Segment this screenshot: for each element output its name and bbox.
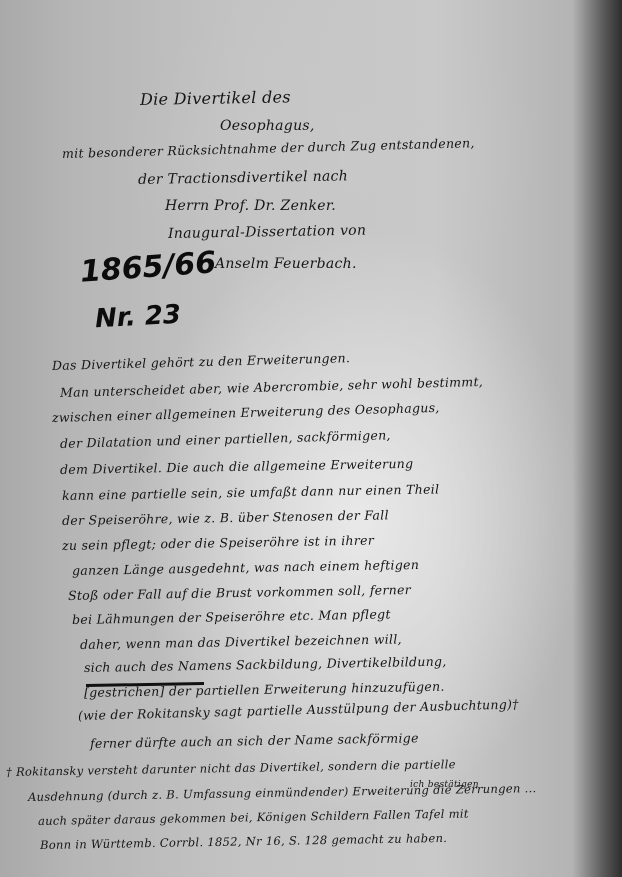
body-line-4: der Dilatation und einer partiellen, sac… xyxy=(60,427,391,451)
body-line-15: (wie der Rokitansky sagt partielle Ausst… xyxy=(78,696,519,723)
archive-year-mark: 1865/66 xyxy=(79,245,217,289)
body-line-14: [gestrichen] der partiellen Erweiterung … xyxy=(84,679,445,700)
title-line-5: Herrn Prof. Dr. Zenker. xyxy=(165,198,336,214)
title-line-4: der Tractionsdivertikel nach xyxy=(138,168,348,188)
body-line-12: daher, wenn man das Divertikel bezeichne… xyxy=(80,631,402,652)
title-line-1: Die Divertikel des xyxy=(140,87,291,109)
footnote-line-2: Ausdehnung (durch z. B. Umfassung einmün… xyxy=(28,781,537,804)
title-line-6: Inaugural-Dissertation von xyxy=(168,223,367,242)
footnote-line-4: Bonn in Württemb. Corrbl. 1852, Nr 16, S… xyxy=(40,831,447,852)
body-line-16: ferner dürfte auch an sich der Name sack… xyxy=(90,730,419,751)
title-line-3: mit besonderer Rücksichtnahme der durch … xyxy=(62,135,475,161)
author-line: Anselm Feuerbach. xyxy=(215,256,357,272)
body-line-11: bei Lähmungen der Speiseröhre etc. Man p… xyxy=(72,606,391,627)
archive-number-mark: Nr. 23 xyxy=(94,300,181,334)
title-line-2: Oesophagus, xyxy=(220,118,315,134)
body-line-8: zu sein pflegt; oder die Speiseröhre ist… xyxy=(62,533,374,553)
body-line-7: der Speiseröhre, wie z. B. über Stenosen… xyxy=(62,507,389,528)
body-line-1: Das Divertikel gehört zu den Erweiterung… xyxy=(52,350,351,373)
body-line-5: dem Divertikel. Die auch die allgemeine … xyxy=(60,456,414,477)
footnote-line-1: † Rokitansky versteht darunter nicht das… xyxy=(6,757,456,779)
footnote-line-3: auch später daraus gekommen bei, Königen… xyxy=(38,806,469,828)
body-line-3: zwischen einer allgemeinen Erweiterung d… xyxy=(52,400,440,425)
body-line-9: ganzen Länge ausgedehnt, was nach einem … xyxy=(72,557,419,578)
body-line-6: kann eine partielle sein, sie umfaßt dan… xyxy=(62,481,440,503)
body-line-13: sich auch des Namens Sackbildung, Divert… xyxy=(84,654,447,675)
manuscript-page: Die Divertikel des Oesophagus, mit beson… xyxy=(0,0,622,877)
body-line-10: Stoß oder Fall auf die Brust vorkommen s… xyxy=(68,582,411,603)
body-line-2: Man unterscheidet aber, wie Abercrombie,… xyxy=(60,374,483,400)
